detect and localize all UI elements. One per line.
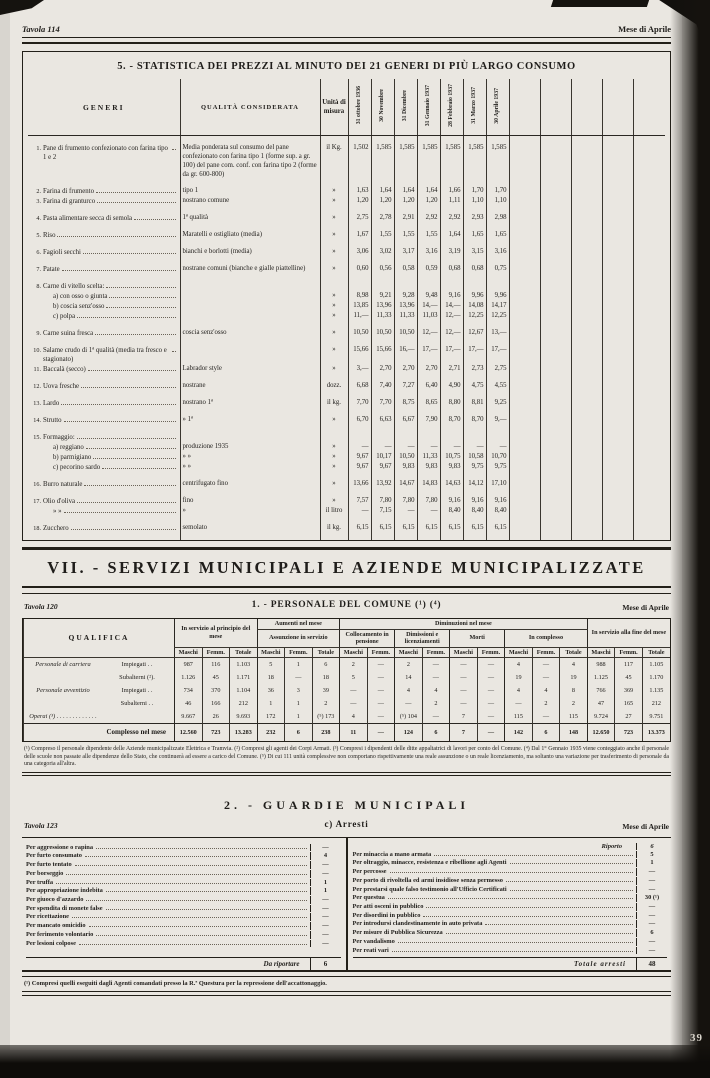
personnel-total-cell: 13.283 bbox=[230, 724, 258, 742]
price-qualita-cell: coscia senz'osso bbox=[180, 321, 320, 338]
price-genere-cell: 14.Strutto bbox=[28, 408, 180, 425]
arrest-row: Per introdursi clandestinamente in auto … bbox=[353, 919, 668, 928]
arrest-label: Per truffa bbox=[26, 879, 53, 887]
personnel-value-cell: 18 bbox=[257, 671, 285, 684]
empty-cell bbox=[571, 506, 602, 516]
arrest-value: — bbox=[636, 877, 667, 885]
empty-cell bbox=[603, 425, 634, 442]
empty-cell bbox=[603, 311, 634, 321]
price-value-cell: 0,58 bbox=[394, 257, 417, 274]
price-value-cell: 9,83 bbox=[417, 462, 440, 472]
price-genere-cell: 10.Salame crudo di 1ª qualità (media tra… bbox=[28, 338, 180, 364]
personnel-row: Personale di carrieraImpiegati . .987116… bbox=[24, 658, 671, 672]
price-value-cell: 11,— bbox=[348, 311, 371, 321]
price-table-header-row: GENERI QUALITÀ CONSIDERATA Unità di misu… bbox=[28, 79, 665, 136]
personnel-value-cell: — bbox=[367, 697, 395, 710]
price-value-cell: 2,71 bbox=[440, 364, 463, 374]
price-qualita-cell: » 1ª bbox=[180, 408, 320, 425]
price-genere-label: a) reggiano bbox=[43, 443, 84, 452]
arrest-row: Per furto consumato4 bbox=[26, 851, 341, 860]
empty-cell bbox=[540, 489, 571, 506]
price-genere-cell: 12.Uova fresche bbox=[28, 374, 180, 391]
empty-cell bbox=[571, 179, 602, 196]
da-riportare-label: Da riportare bbox=[264, 958, 310, 970]
price-genere-flex: 17.Olio d'oliva bbox=[30, 496, 178, 506]
arrest-value: — bbox=[310, 844, 341, 852]
price-row: 3.Farina di granturconostrano comune»1,2… bbox=[28, 196, 665, 206]
personnel-value-cell: 2 bbox=[340, 658, 368, 672]
empty-cell bbox=[603, 338, 634, 364]
mf-subheader: Totale bbox=[312, 647, 340, 658]
price-genere-label: Patate bbox=[43, 265, 60, 274]
price-value-cell: 17,— bbox=[463, 338, 486, 364]
price-genere-flex: a) reggiano bbox=[30, 442, 178, 452]
price-genere-flex: 13.Lardo bbox=[30, 398, 178, 408]
price-value-cell: — bbox=[394, 442, 417, 452]
personnel-value-cell: — bbox=[422, 710, 450, 724]
price-value-cell: 13,96 bbox=[371, 301, 394, 311]
empty-cell bbox=[603, 136, 634, 180]
qualifica-group: Operai (³) . . . . . . . . . . . . . bbox=[25, 713, 101, 721]
arrest-value: — bbox=[310, 940, 341, 948]
personnel-value-cell: 9.724 bbox=[587, 710, 615, 724]
price-genere-flex: a) con osso o giunta bbox=[30, 291, 178, 301]
price-qualita-cell bbox=[180, 311, 320, 321]
arrest-value: — bbox=[636, 886, 667, 894]
price-value-cell: 3,15 bbox=[463, 240, 486, 257]
price-genere-flex: b) parmigiano bbox=[30, 452, 178, 462]
price-value-cell: 2,93 bbox=[463, 206, 486, 223]
price-value-cell bbox=[394, 425, 417, 442]
empty-cell bbox=[509, 506, 540, 516]
personnel-bottom-rule bbox=[22, 772, 671, 776]
price-value-cell: — bbox=[348, 442, 371, 452]
personnel-value-cell: 2 bbox=[312, 697, 340, 710]
price-value-cell: 1,585 bbox=[394, 136, 417, 180]
price-genere-label: Strutto bbox=[43, 416, 62, 425]
price-genere-cell: b) coscia senz'osso bbox=[28, 301, 180, 311]
personnel-value-cell: — bbox=[477, 671, 505, 684]
arrest-row: Per percosse— bbox=[353, 867, 668, 876]
qualifica-header: QUALIFICA bbox=[24, 619, 175, 658]
dotted-leader bbox=[56, 878, 306, 884]
price-value-cell: 12,— bbox=[417, 321, 440, 338]
price-value-cell: 0,68 bbox=[463, 257, 486, 274]
price-genere-label: Carne di vitello scelta: bbox=[43, 282, 104, 291]
section-vii-title: VII. - SERVIZI MUNICIPALI E AZIENDE MUNI… bbox=[22, 558, 671, 578]
price-unit-cell: » bbox=[320, 338, 348, 364]
empty-cell bbox=[603, 240, 634, 257]
empty-cell bbox=[603, 489, 634, 506]
price-value-cell: 1,70 bbox=[486, 179, 509, 196]
personnel-value-cell: 45 bbox=[615, 671, 643, 684]
price-value-cell: 4,55 bbox=[486, 374, 509, 391]
price-qualita-cell: » » bbox=[180, 452, 320, 462]
personnel-value-cell: 18 bbox=[312, 671, 340, 684]
dotted-leader bbox=[81, 381, 175, 388]
qualifica-cell: Subalterni . . bbox=[24, 697, 175, 710]
price-genere-flex: 14.Strutto bbox=[30, 415, 178, 425]
price-value-cell bbox=[417, 274, 440, 291]
personnel-total-cell: 142 bbox=[505, 724, 533, 742]
price-value-cell: 1,20 bbox=[371, 196, 394, 206]
price-value-cell: 9,96 bbox=[486, 291, 509, 301]
price-value-cell: 7,57 bbox=[348, 489, 371, 506]
price-value-cell: 0,75 bbox=[486, 257, 509, 274]
personnel-value-cell: — bbox=[285, 671, 313, 684]
personnel-value-cell: 4 bbox=[505, 658, 533, 672]
price-value-cell: 8,98 bbox=[348, 291, 371, 301]
price-genere-flex: 19.Caffè tostato bbox=[30, 540, 178, 541]
price-row-number: 14. bbox=[30, 416, 43, 425]
dotted-leader bbox=[96, 843, 306, 849]
price-genere-cell: c) pecorino sardo bbox=[28, 462, 180, 472]
personnel-footnotes: (¹) Compreso il personale dipendente del… bbox=[22, 746, 671, 769]
price-row: c) pecorino sardo» »»9,679,679,839,839,8… bbox=[28, 462, 665, 472]
empty-cell bbox=[540, 257, 571, 274]
price-value-cell: 30,50 bbox=[417, 533, 440, 541]
mf-subheader: Maschi bbox=[505, 647, 533, 658]
dotted-leader bbox=[398, 937, 633, 943]
empty-cell bbox=[540, 206, 571, 223]
price-value-cell: 8,40 bbox=[440, 506, 463, 516]
dotted-leader bbox=[86, 895, 306, 901]
empty-cell bbox=[509, 516, 540, 533]
price-value-cell: 13,85 bbox=[348, 301, 371, 311]
empty-cell bbox=[571, 274, 602, 291]
arrest-value: — bbox=[636, 912, 667, 920]
price-value-cell: 10,50 bbox=[348, 321, 371, 338]
dotted-leader bbox=[62, 264, 176, 271]
price-value-cell: 3,16 bbox=[417, 240, 440, 257]
qualifica-flex: Subalterni (²). bbox=[25, 674, 173, 682]
empty-cell bbox=[509, 136, 540, 180]
price-value-cell: 14,83 bbox=[417, 472, 440, 489]
arrest-label: Per atti osceni in pubblico bbox=[353, 903, 424, 911]
price-row: c) polpa»11,—11,3311,3311,0312,—12,2512,… bbox=[28, 311, 665, 321]
price-unit-cell: » bbox=[320, 533, 348, 541]
empty-cell bbox=[571, 321, 602, 338]
personnel-value-cell: — bbox=[367, 671, 395, 684]
arrest-label: Per spendita di monete false bbox=[26, 905, 103, 913]
price-qualita-cell: nostrane comuni (bianche e gialle piatte… bbox=[180, 257, 320, 274]
personnel-value-cell: 46 bbox=[175, 697, 203, 710]
dotted-leader bbox=[57, 230, 175, 237]
price-qualita-cell: 1ª qualità bbox=[180, 206, 320, 223]
price-value-cell: — bbox=[348, 506, 371, 516]
empty-cell bbox=[509, 274, 540, 291]
page-header: Tavola 114 Mese di Aprile bbox=[22, 24, 671, 34]
price-value-cell: 8,81 bbox=[463, 391, 486, 408]
price-value-cell: — bbox=[417, 442, 440, 452]
price-value-cell: 9,16 bbox=[463, 489, 486, 506]
price-value-cell: 17,— bbox=[417, 338, 440, 364]
empty-cell bbox=[571, 240, 602, 257]
personnel-value-cell: — bbox=[422, 671, 450, 684]
totale-arresti-label: Totale arresti bbox=[574, 958, 636, 970]
empty-cell bbox=[540, 291, 571, 301]
price-value-cell: 1,65 bbox=[486, 223, 509, 240]
price-qualita-cell: Santos superiore bbox=[180, 533, 320, 541]
price-value-cell: 2,78 bbox=[371, 206, 394, 223]
price-genere-flex: 7.Patate bbox=[30, 264, 178, 274]
price-value-cell: 9,96 bbox=[463, 291, 486, 301]
personnel-total-cell: 6 bbox=[285, 724, 313, 742]
price-qualita-cell: fino bbox=[180, 489, 320, 506]
price-value-cell: 14,— bbox=[440, 301, 463, 311]
price-value-cell: 11,33 bbox=[417, 452, 440, 462]
empty-cell bbox=[634, 533, 665, 541]
price-unit-cell: » bbox=[320, 472, 348, 489]
personnel-value-cell: 7 bbox=[450, 710, 478, 724]
riporto-value: 6 bbox=[636, 843, 667, 850]
price-value-cell: 9,21 bbox=[371, 291, 394, 301]
price-value-cell bbox=[348, 274, 371, 291]
mf-subheader: Femm. bbox=[285, 647, 313, 658]
personnel-value-cell: 1.126 bbox=[175, 671, 203, 684]
price-value-cell: 14,08 bbox=[463, 301, 486, 311]
price-value-cell: 17,— bbox=[440, 338, 463, 364]
empty-cell bbox=[571, 425, 602, 442]
price-value-cell: 30,50 bbox=[348, 533, 371, 541]
price-value-cell: 1,66 bbox=[440, 179, 463, 196]
arrest-label: Per porto di rivoltella ed armi insidios… bbox=[353, 877, 503, 885]
arrest-label: Per appropriazione indebita bbox=[26, 887, 103, 895]
price-value-cell: 9,16 bbox=[486, 489, 509, 506]
personnel-section-head: Tavola 120 1. - PERSONALE DEL COMUNE (¹)… bbox=[22, 600, 671, 614]
price-value-cell bbox=[440, 425, 463, 442]
price-value-cell: 6,67 bbox=[394, 408, 417, 425]
price-row-number: 8. bbox=[30, 282, 43, 291]
dotted-leader bbox=[106, 281, 175, 288]
empty-cell bbox=[571, 364, 602, 374]
empty-cell bbox=[571, 442, 602, 452]
price-genere-cell: 2.Farina di frumento bbox=[28, 179, 180, 196]
arrest-label: Per ferimento volontario bbox=[26, 931, 93, 939]
price-genere-label: Formaggio: bbox=[43, 433, 75, 442]
price-value-cell: 11,33 bbox=[394, 311, 417, 321]
price-value-cell bbox=[371, 274, 394, 291]
personnel-value-cell: 1.170 bbox=[642, 671, 670, 684]
price-row-number: 7. bbox=[30, 265, 43, 274]
price-value-cell: 16,— bbox=[394, 338, 417, 364]
price-unit-cell: » bbox=[320, 364, 348, 374]
dotted-leader bbox=[106, 301, 175, 308]
dotted-leader bbox=[86, 442, 176, 449]
personnel-value-cell: 1 bbox=[257, 697, 285, 710]
empty-cell bbox=[634, 391, 665, 408]
price-date-header: 31 Marzo 1937 bbox=[463, 79, 486, 136]
empty-cell bbox=[634, 301, 665, 311]
price-value-cell bbox=[440, 274, 463, 291]
dotted-leader bbox=[97, 196, 175, 203]
price-genere-cell: 11.Baccalà (secco) bbox=[28, 364, 180, 374]
price-row-number: 18. bbox=[30, 524, 43, 533]
empty-cell bbox=[571, 391, 602, 408]
price-row: 5.RisoMaratelli e ostigliato (media)»1,6… bbox=[28, 223, 665, 240]
personnel-value-cell: 2 bbox=[532, 697, 560, 710]
price-genere-flex: 1.Pane di frumento confezionato con fari… bbox=[30, 143, 178, 162]
price-value-cell: 6,15 bbox=[348, 516, 371, 533]
personnel-value-cell: 36 bbox=[257, 684, 285, 697]
price-unit-cell: » bbox=[320, 301, 348, 311]
empty-cell bbox=[540, 533, 571, 541]
price-genere-flex: » » bbox=[30, 506, 178, 516]
empty-cell bbox=[634, 516, 665, 533]
price-statistics-box: 5. - STATISTICA DEI PREZZI AL MINUTO DEI… bbox=[22, 51, 671, 541]
empty-cell bbox=[603, 179, 634, 196]
price-qualita-cell bbox=[180, 301, 320, 311]
price-date-header: 31 Dicembre bbox=[394, 79, 417, 136]
scan-book-edge-bottom bbox=[0, 1045, 710, 1078]
price-value-cell bbox=[417, 425, 440, 442]
price-value-cell: 6,68 bbox=[348, 374, 371, 391]
price-value-cell: 1,55 bbox=[394, 223, 417, 240]
price-date-header: 30 Novembre bbox=[371, 79, 394, 136]
price-value-cell: 1,20 bbox=[348, 196, 371, 206]
price-qualita-cell bbox=[180, 425, 320, 442]
arrest-label: Per aggressione o rapina bbox=[26, 844, 93, 852]
arrest-value: 4 bbox=[310, 852, 341, 860]
price-value-cell: 1,63 bbox=[348, 179, 371, 196]
price-value-cell: 15,66 bbox=[371, 338, 394, 364]
personnel-value-cell: — bbox=[367, 710, 395, 724]
price-value-cell: 8,40 bbox=[486, 506, 509, 516]
price-genere-label: Zucchero bbox=[43, 524, 69, 533]
personnel-value-cell: — bbox=[450, 684, 478, 697]
dotted-leader bbox=[83, 247, 176, 254]
da-riportare-row: Da riportare 6 bbox=[26, 957, 341, 970]
personnel-value-cell: 9.693 bbox=[230, 710, 258, 724]
personnel-total-cell: 723 bbox=[202, 724, 230, 742]
price-value-cell: 1,67 bbox=[348, 223, 371, 240]
price-value-cell: 1,11 bbox=[440, 196, 463, 206]
arrest-value: 30 (¹) bbox=[636, 894, 667, 902]
dotted-leader bbox=[77, 496, 176, 503]
empty-cell bbox=[540, 442, 571, 452]
price-unit-cell bbox=[320, 274, 348, 291]
qualifica-flex: Operai (³) . . . . . . . . . . . . . bbox=[25, 713, 173, 721]
personnel-value-cell: 47 bbox=[587, 697, 615, 710]
spacer bbox=[26, 947, 341, 954]
empty-cell bbox=[603, 533, 634, 541]
dotted-leader bbox=[434, 850, 633, 856]
price-table: GENERI QUALITÀ CONSIDERATA Unità di misu… bbox=[28, 79, 665, 541]
price-row: 1.Pane di frumento confezionato con fari… bbox=[28, 136, 665, 180]
price-value-cell: 14,12 bbox=[463, 472, 486, 489]
dotted-leader bbox=[84, 479, 175, 486]
empty-cell bbox=[509, 374, 540, 391]
personnel-title: 1. - PERSONALE DEL COMUNE (¹) (⁴) bbox=[22, 600, 671, 610]
price-genere-cell: » » bbox=[28, 506, 180, 516]
arrest-value: 1 bbox=[636, 859, 667, 867]
arrests-right-column: Riporto 6 Per minaccia a mano armata5Per… bbox=[349, 838, 672, 970]
price-genere-label: Fagioli secchi bbox=[43, 248, 81, 257]
dotted-leader bbox=[96, 186, 176, 193]
price-value-cell: 1,55 bbox=[371, 223, 394, 240]
empty-cell bbox=[509, 391, 540, 408]
empty-cell bbox=[509, 206, 540, 223]
price-genere-label: c) polpa bbox=[43, 312, 75, 321]
personnel-value-cell: — bbox=[505, 697, 533, 710]
price-genere-cell: b) parmigiano bbox=[28, 452, 180, 462]
empty-cell bbox=[634, 179, 665, 196]
personnel-value-cell: 8 bbox=[560, 684, 588, 697]
price-row-number: 9. bbox=[30, 329, 43, 338]
empty-cell bbox=[540, 408, 571, 425]
qualifica-cell: Subalterni (²). bbox=[24, 671, 175, 684]
mf-subheader: Maschi bbox=[257, 647, 285, 658]
personnel-value-cell: 5 bbox=[257, 658, 285, 672]
price-value-cell: 32,50 bbox=[440, 533, 463, 541]
diminuzioni-header: Diminuzioni nel mese bbox=[340, 619, 588, 629]
price-value-cell: 13,— bbox=[486, 321, 509, 338]
price-value-cell: 2,70 bbox=[371, 364, 394, 374]
price-genere-cell: 13.Lardo bbox=[28, 391, 180, 408]
price-value-cell: 4,90 bbox=[440, 374, 463, 391]
qualifica-group: Personale avventizio bbox=[25, 687, 101, 695]
empty-cell bbox=[634, 364, 665, 374]
arrest-row: Per minaccia a mano armata5 bbox=[353, 850, 668, 859]
price-value-cell: 6,15 bbox=[371, 516, 394, 533]
price-value-cell: 6,15 bbox=[440, 516, 463, 533]
personnel-value-cell: 2 bbox=[395, 658, 423, 672]
arrests-right-list: Per minaccia a mano armata5Per oltraggio… bbox=[353, 850, 668, 954]
empty-cell bbox=[509, 442, 540, 452]
price-genere-cell: 19.Caffè tostato bbox=[28, 533, 180, 541]
price-value-cell: 6,15 bbox=[486, 516, 509, 533]
arrest-value: — bbox=[310, 870, 341, 878]
empty-cell bbox=[634, 196, 665, 206]
price-unit-cell: » bbox=[320, 462, 348, 472]
personnel-value-cell: — bbox=[450, 671, 478, 684]
empty-cell bbox=[603, 196, 634, 206]
empty-cell bbox=[571, 489, 602, 506]
personnel-value-cell: 9.667 bbox=[175, 710, 203, 724]
qualifica-cell: Operai (³) . . . . . . . . . . . . . bbox=[24, 710, 175, 724]
price-genere-label: Riso bbox=[43, 231, 55, 240]
assunzione-header: Assunzione in servizio bbox=[257, 629, 340, 647]
dotted-leader bbox=[446, 928, 633, 934]
personnel-value-cell: 3 bbox=[285, 684, 313, 697]
price-value-cell: 12,— bbox=[440, 321, 463, 338]
empty-cell bbox=[634, 442, 665, 452]
dotted-leader bbox=[388, 893, 633, 899]
riporto-label: Riporto bbox=[601, 843, 636, 850]
arrest-value: 5 bbox=[636, 851, 667, 859]
dotted-leader bbox=[89, 921, 307, 927]
price-genere-label: Salame crudo di 1ª qualità (media tra fr… bbox=[43, 346, 170, 364]
price-qualita-cell bbox=[180, 338, 320, 364]
empty-cell bbox=[540, 472, 571, 489]
price-value-cell: 1,585 bbox=[440, 136, 463, 180]
personnel-total-cell: 148 bbox=[560, 724, 588, 742]
price-row: 6.Fagioli secchibianchi e borlotti (medi… bbox=[28, 240, 665, 257]
price-row-number: 2. bbox=[30, 187, 43, 196]
price-row-number: 1. bbox=[30, 144, 43, 153]
arrests-footnote: (¹) Compresi quelli eseguiti dagli Agent… bbox=[22, 977, 671, 989]
personnel-total-cell: 11 bbox=[340, 724, 368, 742]
personnel-value-cell: 1 bbox=[285, 658, 313, 672]
personnel-value-cell: 4 bbox=[532, 684, 560, 697]
arrest-row: Per disordini in pubblico— bbox=[353, 911, 668, 920]
arrest-row: Per ricettazione— bbox=[26, 912, 341, 921]
price-value-cell: 13,92 bbox=[371, 472, 394, 489]
riporto-row: Riporto 6 bbox=[353, 843, 668, 850]
price-value-cell: 1,64 bbox=[371, 179, 394, 196]
price-value-cell: 9,— bbox=[486, 408, 509, 425]
empty-cell bbox=[509, 311, 540, 321]
